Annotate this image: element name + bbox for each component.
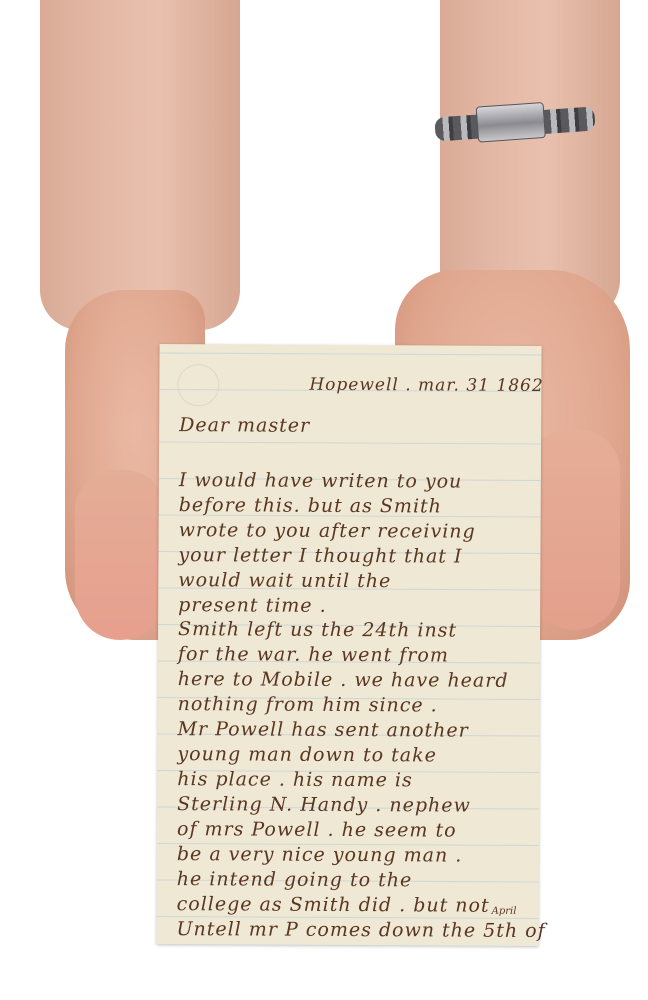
letter-marginal-note: April: [492, 906, 517, 917]
letter-line: Mr Powell has sent another: [177, 718, 468, 742]
letter-line: be a very nice young man .: [177, 843, 463, 866]
letter-line: here to Mobile . we have heard: [178, 668, 509, 692]
letter-place-date: Hopewell . mar. 31 1862: [309, 375, 543, 396]
letter-line: wrote to you after receiving: [179, 519, 476, 543]
right-thumb: [530, 430, 620, 630]
letter-line: Sterling N. Handy . nephew: [177, 793, 471, 817]
letter-line: your letter I thought that I: [178, 544, 462, 567]
letter-line: nothing from him since .: [178, 693, 438, 716]
letter-line: I would have writen to you: [179, 469, 463, 492]
embossed-seal-icon: [177, 364, 219, 406]
letter-line: would wait until the: [178, 569, 391, 592]
handwritten-letter: Hopewell . mar. 31 1862 Dear master I wo…: [156, 344, 541, 946]
letter-line: he intend going to the: [177, 868, 413, 891]
watch-face: [476, 102, 546, 143]
left-forearm: [40, 0, 240, 330]
left-thumb: [75, 470, 165, 640]
letter-line: college as Smith did . but not: [177, 893, 490, 917]
letter-salutation: Dear master: [179, 414, 310, 437]
letter-line: young man down to take: [177, 743, 437, 766]
letter-line: before this. but as Smith: [179, 494, 442, 517]
letter-line: Smith left us the 24th inst: [178, 618, 457, 641]
letter-line: present time .: [178, 594, 327, 617]
photo-scene: Hopewell . mar. 31 1862 Dear master I wo…: [0, 0, 648, 1000]
letter-line: for the war. he went from: [178, 643, 449, 666]
letter-line: Untell mr P comes down the 5th of: [176, 918, 545, 942]
letter-line: of mrs Powell . he seem to: [177, 818, 457, 841]
letter-line: his place . his name is: [177, 768, 413, 791]
